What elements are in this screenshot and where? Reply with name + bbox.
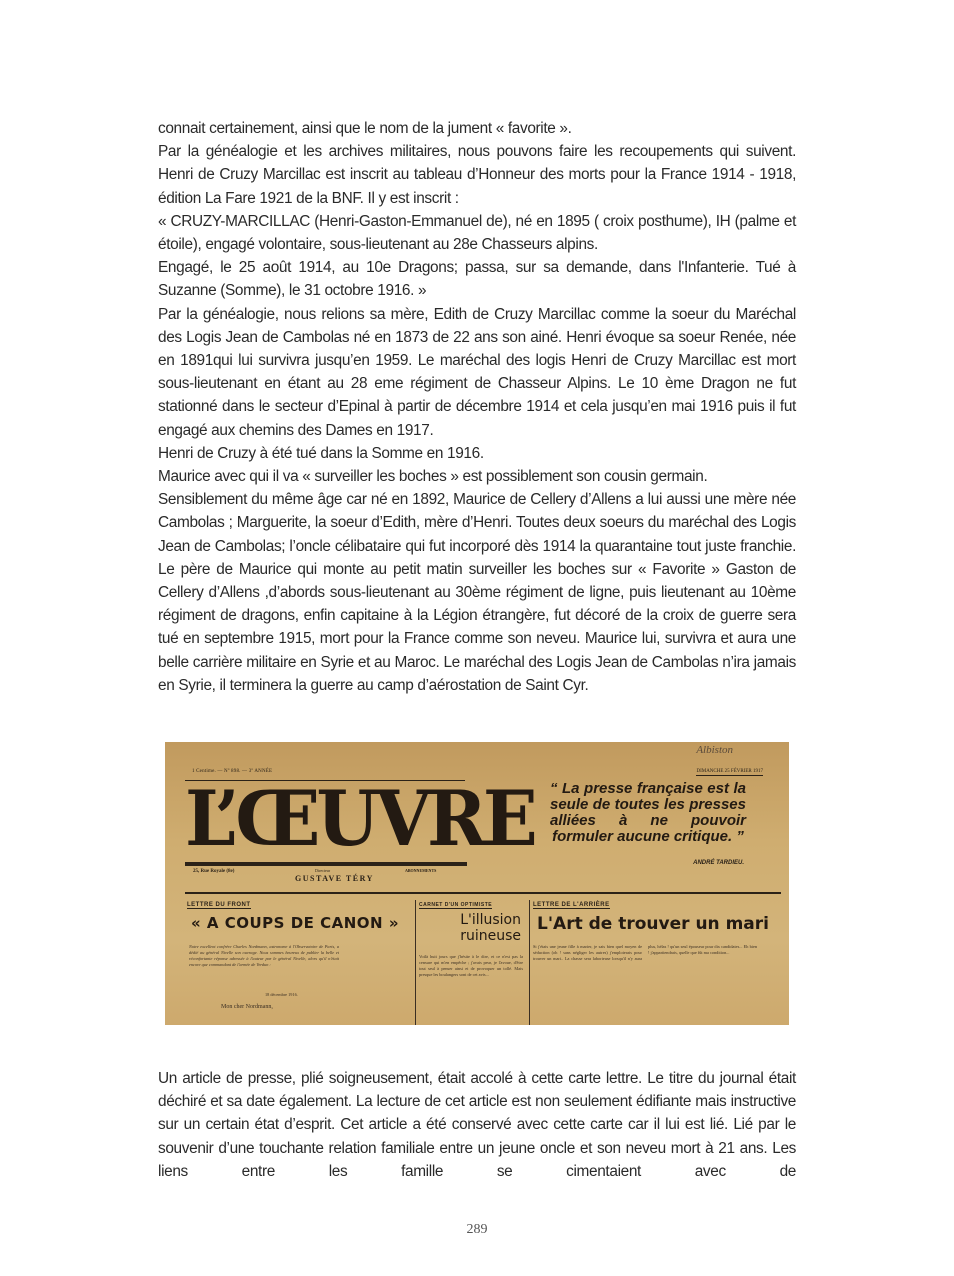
paragraph: « CRUZY-MARCILLAC (Henri-Gaston-Emmanuel… [158,210,796,256]
divider [185,862,467,866]
paragraph: Par la généalogie et les archives milita… [158,140,796,210]
quote-author: ANDRÉ TARDIEU. [693,860,744,866]
body-text-bottom: Un article de presse, plié soigneusement… [158,1067,796,1183]
handwritten-signature: Albiston [696,744,733,756]
paragraph: Maurice avec qui il va « surveiller les … [158,465,796,488]
paragraph: Sensiblement du même âge car né en 1892,… [158,488,796,697]
paragraph: Par la généalogie, nous relions sa mère,… [158,303,796,442]
masthead-info: 25, Rue Royale (8e) Directeur GUSTAVE TÉ… [185,868,467,888]
paragraph: Un article de presse, plié soigneusement… [158,1067,796,1183]
column-divider [415,900,416,1025]
date-line: DIMANCHE 25 FÉVRIER 1917 [696,769,763,776]
column-label: LETTRE DU FRONT [187,902,251,909]
column-divider [529,900,530,1025]
divider [185,892,781,894]
masthead-quote: “ La presse française est la seule de to… [550,781,746,845]
body-text-top: connait certainement, ainsi que le nom d… [158,117,796,697]
column-salutation: Mon cher Nordmann, [221,1004,341,1010]
column-body: Voilà huit jours que j'hésite à le dire,… [419,954,523,978]
page-number: 289 [0,1222,954,1238]
address: 25, Rue Royale (8e) [193,869,234,874]
director-label: Directeur [315,868,330,873]
director-name: GUSTAVE TÉRY [295,874,374,883]
newspaper-clipping-image: Albiston 1 Centime. — Nº 898. — 3º ANNÉE… [165,742,789,1025]
column-headline: L'illusion ruineuse [421,912,521,944]
paragraph: connait certainement, ainsi que le nom d… [158,117,796,140]
column-body: Si j'étais une jeune fille à marier, je … [533,944,757,962]
column-headline: « A COUPS DE CANON » [191,914,399,932]
paragraph: Engagé, le 25 août 1914, au 10e Dragons;… [158,256,796,302]
column-body: Notre excellent confrère Charles Nordman… [189,944,339,968]
newspaper-masthead: L’ŒUVRE [185,774,465,864]
column-date: 18 décembre 1916. [265,992,345,998]
column-label: LETTRE DE L'ARRIÈRE [533,902,610,909]
column-label: CARNET D'UN OPTIMISTE [419,902,492,909]
column-headline: L'Art de trouver un mari [537,914,769,934]
paragraph: Henri de Cruzy à été tué dans la Somme e… [158,442,796,465]
subscriptions-label: ABONNEMENTS [405,868,436,873]
